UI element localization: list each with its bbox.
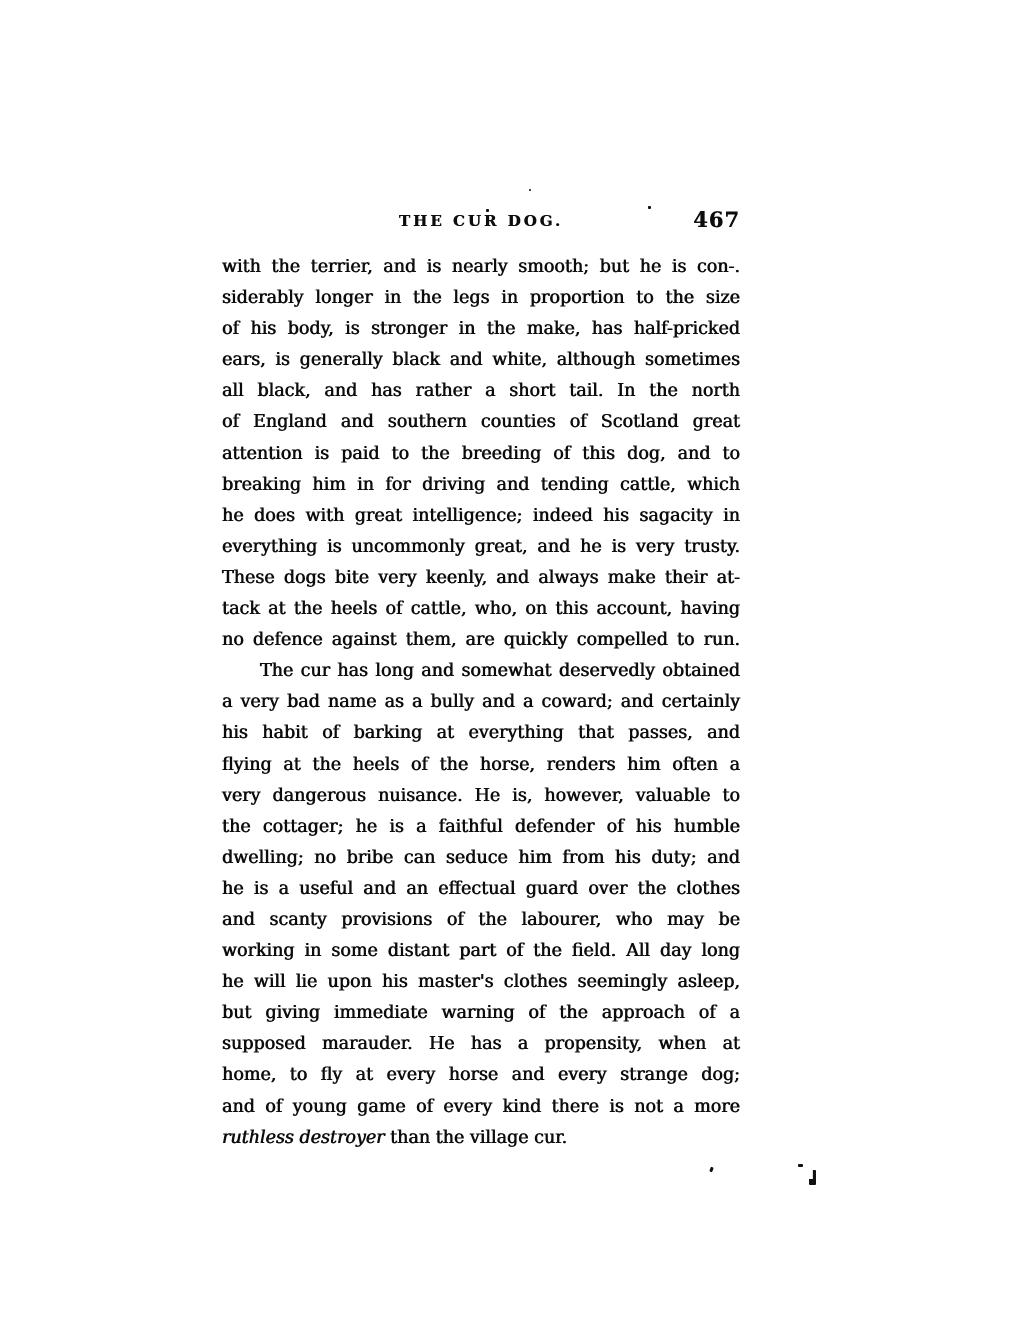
running-header: THE CUR DOG. 467: [222, 212, 740, 238]
text-line: of his body, is stronger in the make, ha…: [222, 314, 740, 345]
text-line: of England and southern counties of Scot…: [222, 407, 740, 438]
text-line: he does with great intelligence; indeed …: [222, 501, 740, 532]
scan-speck: [529, 189, 531, 191]
text-line: home, to fly at every horse and every st…: [222, 1060, 740, 1091]
text-line: and of young game of every kind there is…: [222, 1092, 740, 1123]
page-number: 467: [693, 207, 740, 232]
text-line: ears, is generally black and white, alth…: [222, 345, 740, 376]
text-line: The cur has long and somewhat deservedly…: [222, 656, 740, 687]
text-line: These dogs bite very keenly, and always …: [222, 563, 740, 594]
italic-phrase: ruthless destroyer: [222, 1128, 385, 1148]
text-line: attention is paid to the breeding of thi…: [222, 439, 740, 470]
page-body: with the terrier, and is nearly smooth; …: [222, 252, 740, 1154]
text-line: ruthless destroyer than the village cur.: [222, 1123, 740, 1154]
text-line: all black, and has rather a short tail. …: [222, 376, 740, 407]
text-line: and scanty provisions of the labourer, w…: [222, 905, 740, 936]
text-line: he will lie upon his master's clothes se…: [222, 967, 740, 998]
text-line: the cottager; he is a faithful defender …: [222, 812, 740, 843]
text-line: dwelling; no bribe can seduce him from h…: [222, 843, 740, 874]
text-line: he is a useful and an effectual guard ov…: [222, 874, 740, 905]
text-line: tack at the heels of cattle, who, on thi…: [222, 594, 740, 625]
text-line: everything is uncommonly great, and he i…: [222, 532, 740, 563]
text-line: breaking him in for driving and tending …: [222, 470, 740, 501]
scan-speck: [809, 1170, 816, 1185]
text-line: supposed marauder. He has a propensity, …: [222, 1029, 740, 1060]
text-line: a very bad name as a bully and a coward;…: [222, 687, 740, 718]
scan-speck: [709, 1167, 714, 1173]
text-line: flying at the heels of the horse, render…: [222, 750, 740, 781]
text-line: but giving immediate warning of the appr…: [222, 998, 740, 1029]
text-line: with the terrier, and is nearly smooth; …: [222, 252, 740, 283]
scan-speck: [798, 1164, 803, 1167]
running-title: THE CUR DOG.: [222, 212, 740, 230]
text-line: his habit of barking at everything that …: [222, 718, 740, 749]
book-page: THE CUR DOG. 467 with the terrier, and i…: [0, 0, 1033, 1339]
scan-speck: [486, 209, 489, 212]
text-line: siderably longer in the legs in proporti…: [222, 283, 740, 314]
text-line: working in some distant part of the fiel…: [222, 936, 740, 967]
text-line: very dangerous nuisance. He is, however,…: [222, 781, 740, 812]
text-line-rest: than the village cur.: [385, 1128, 568, 1148]
text-line: no defence against them, are quickly com…: [222, 625, 740, 656]
scan-speck: [648, 206, 651, 209]
